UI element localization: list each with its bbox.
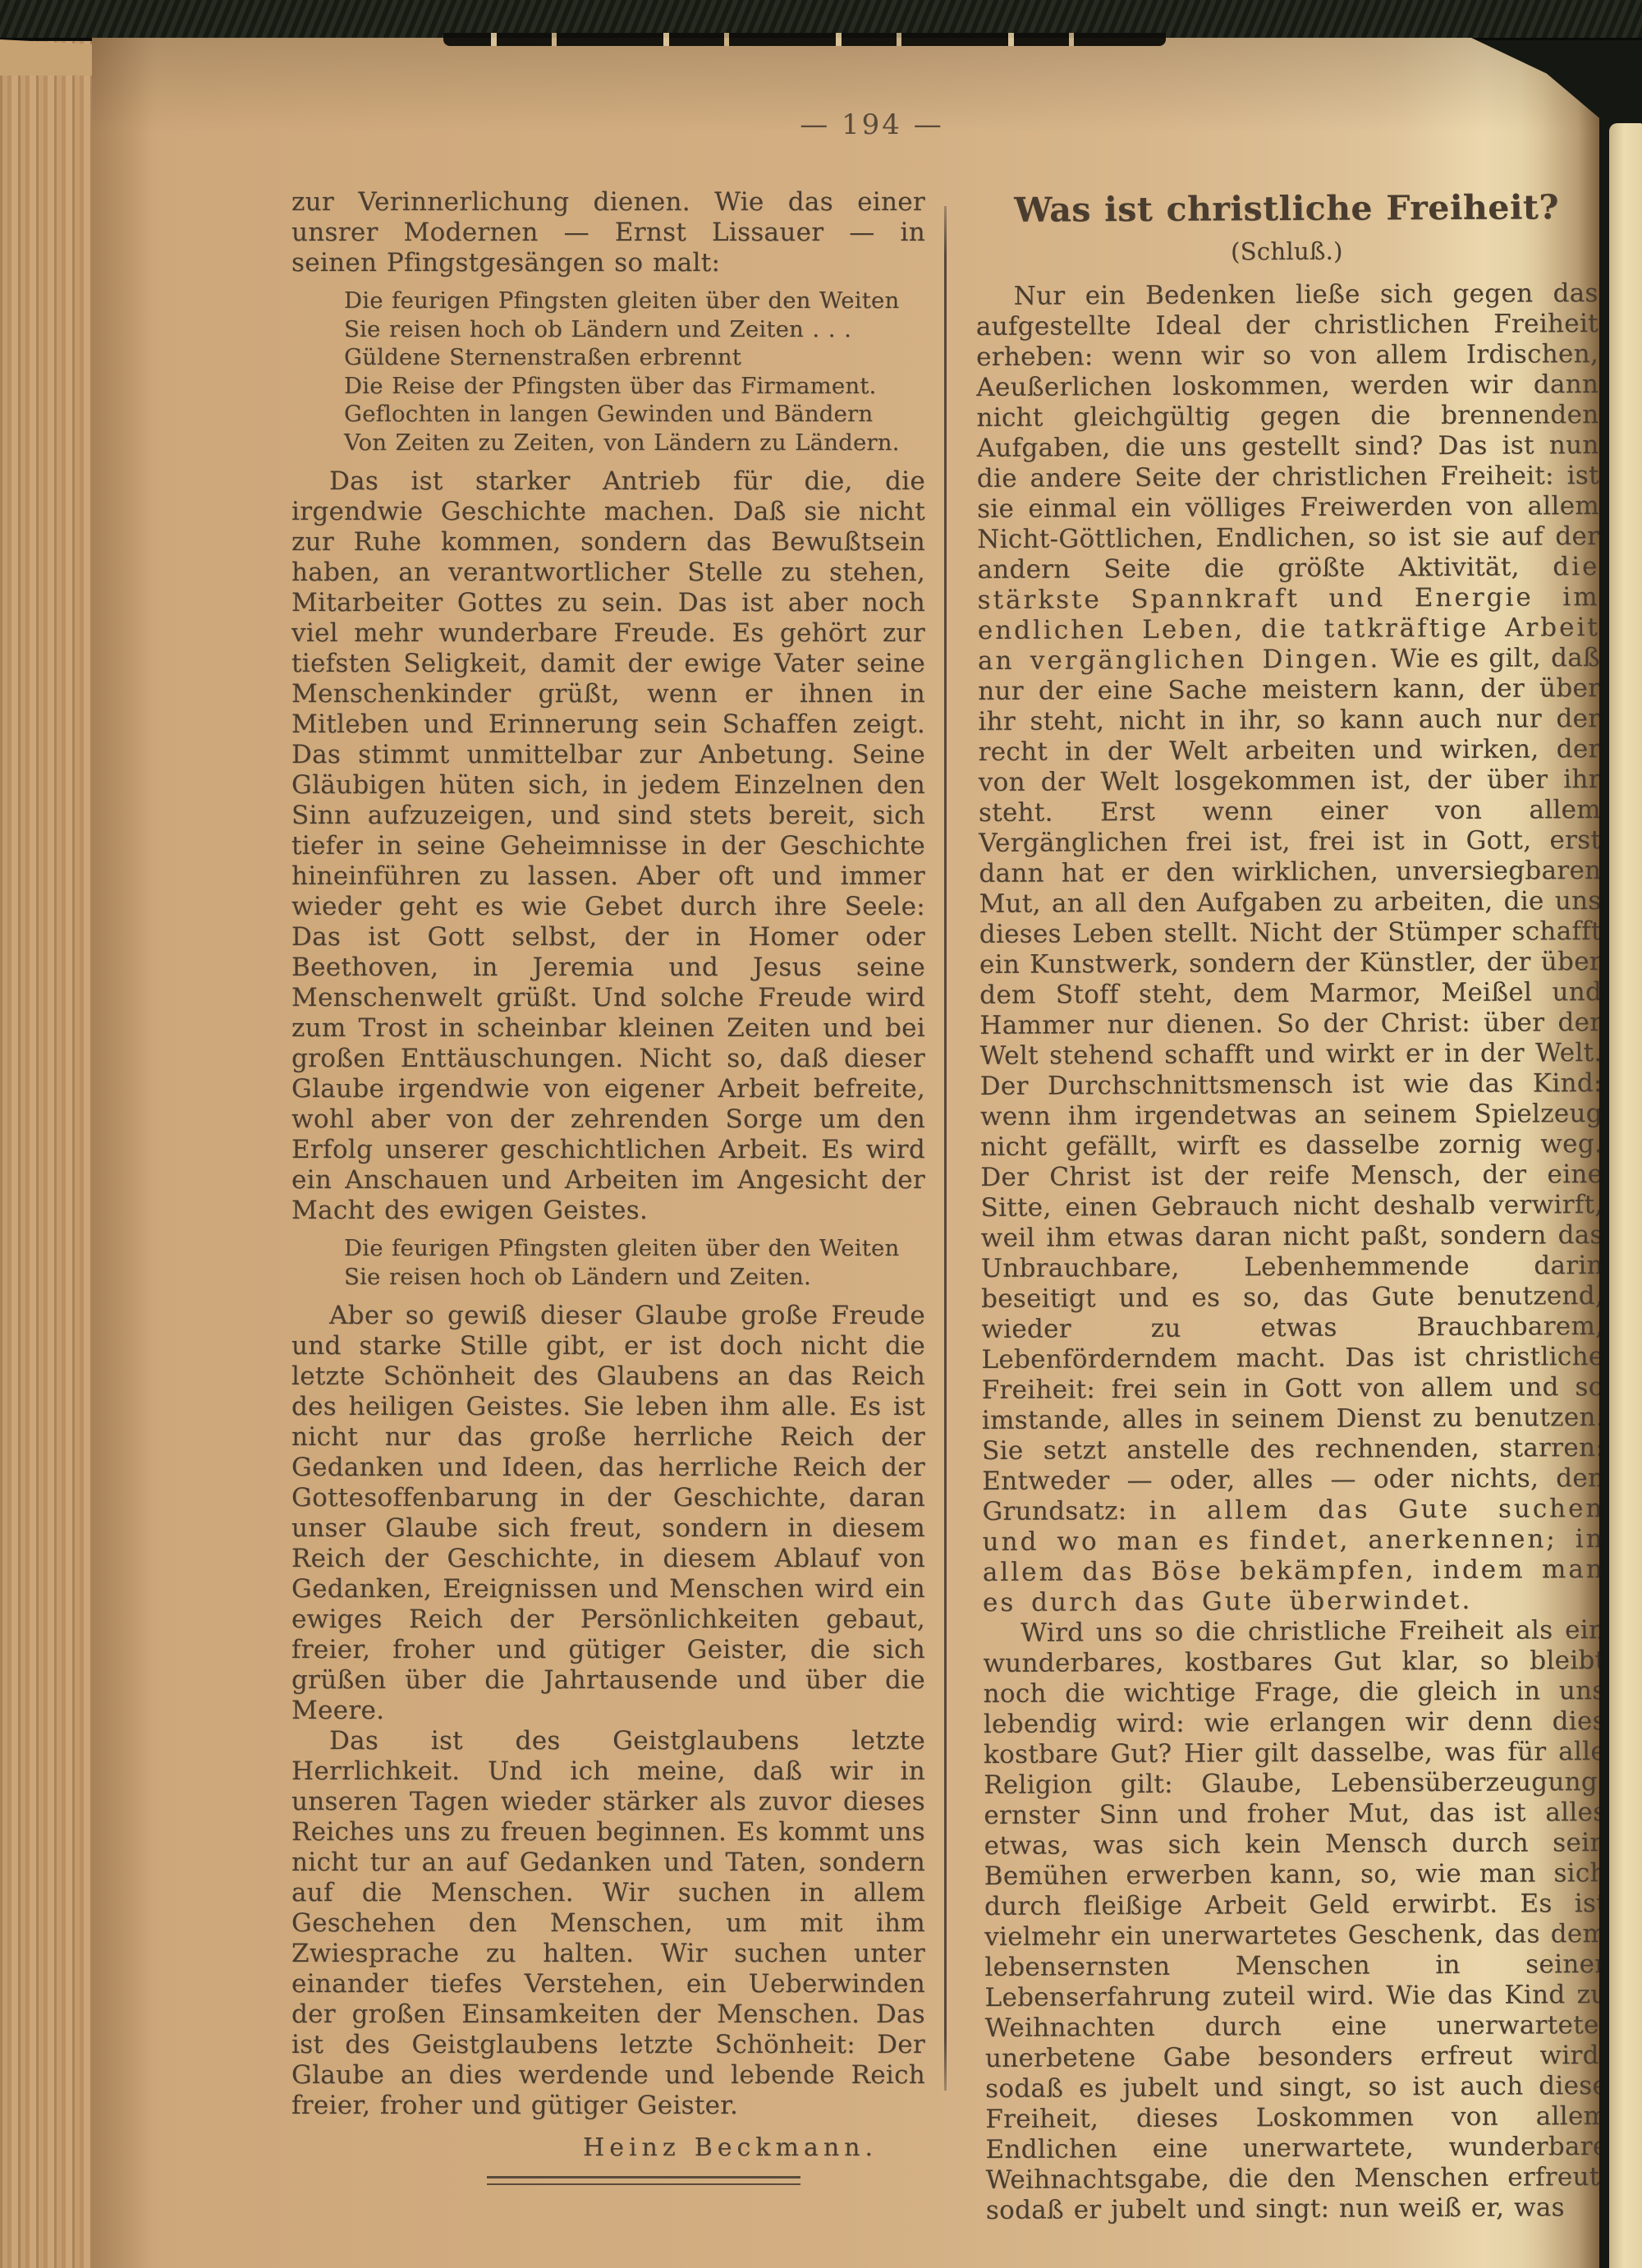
- poem-quote-block: Die feurigen Pfingsten gleiten über den …: [344, 1234, 925, 1291]
- page-number: — 194 —: [765, 108, 979, 141]
- torn-binding-edge: [443, 33, 1166, 46]
- poem-line: Die feurigen Pfingsten gleiten über den …: [344, 1234, 925, 1263]
- poem-line: Sie reisen hoch ob Ländern und Zeiten . …: [344, 315, 925, 344]
- poem-line: Güldene Sternenstraßen erbrennt: [344, 343, 925, 372]
- poem-line: Von Zeiten zu Zeiten, von Ländern zu Län…: [344, 429, 925, 457]
- book-page: — 194 — zur Verinnerlichung dienen. Wie …: [92, 38, 1599, 2268]
- column-divider-rule: [944, 206, 947, 2091]
- paragraph-segment: Wie es gilt, daß nur der eine Sache meis…: [978, 643, 1604, 1527]
- right-column: Was ist christliche Freiheit? (Schluß.) …: [975, 187, 1608, 2226]
- paragraph: Das ist starker Antrieb für die, die irg…: [291, 466, 925, 1226]
- paragraph: Wird uns so die christliche Freiheit als…: [983, 1615, 1608, 2226]
- paragraph: Nur ein Bedenken ließe sich gegen das au…: [976, 278, 1606, 1618]
- article-subtitle: (Schluß.): [975, 235, 1598, 269]
- paragraph-intro: zur Verinnerlichung dienen. Wie das eine…: [291, 187, 925, 278]
- next-page-edge: [1609, 123, 1642, 2268]
- paragraph: Das ist des Geistglaubens letzte Herrlic…: [291, 1726, 925, 2121]
- author-signature: Heinz Beckmann.: [291, 2133, 925, 2163]
- paragraph: Aber so gewiß dieser Glaube große Freude…: [291, 1301, 925, 1726]
- poem-line: Sie reisen hoch ob Ländern und Zeiten.: [344, 1263, 925, 1292]
- article-title: Was ist christliche Freiheit?: [975, 187, 1598, 230]
- paragraph-segment: Nur ein Bedenken ließe sich gegen das au…: [976, 278, 1600, 585]
- poem-block: Die feurigen Pfingsten gleiten über den …: [344, 287, 925, 457]
- poem-line: Geflochten in langen Gewinden und Bänder…: [344, 400, 925, 429]
- page-stack-edge: [0, 41, 95, 2268]
- poem-line: Die feurigen Pfingsten gleiten über den …: [344, 287, 925, 315]
- left-column: zur Verinnerlichung dienen. Wie das eine…: [291, 187, 925, 2185]
- poem-line: Die Reise der Pfingsten über das Firmame…: [344, 372, 925, 401]
- article-end-rule: [487, 2176, 800, 2185]
